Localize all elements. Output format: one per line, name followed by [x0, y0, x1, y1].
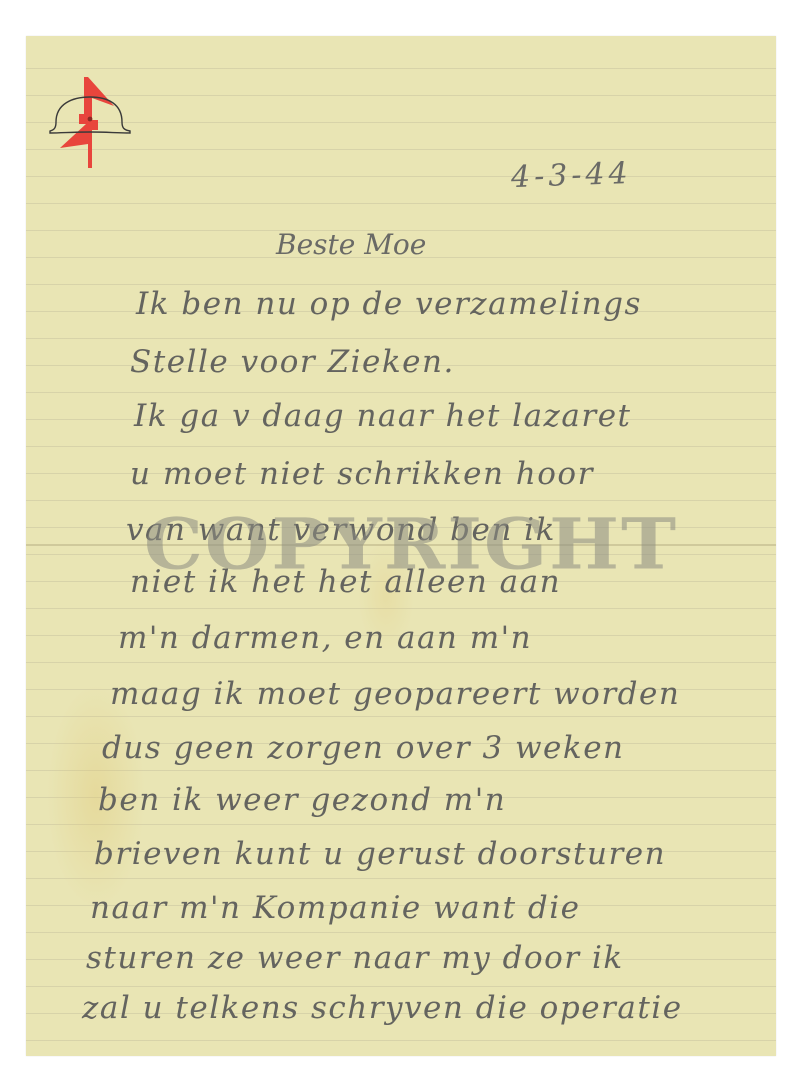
letter-line: Ik ga v daag naar het lazaret	[134, 398, 632, 434]
letter-line: Stelle voor Zieken.	[130, 344, 455, 380]
letter-line: brieven kunt u gerust doorsturen	[94, 836, 666, 872]
letter-paper: 4-3-44 Beste Moe Ik ben nu op de verzame…	[26, 36, 776, 1056]
letter-line: m'n darmen, en aan m'n	[118, 620, 532, 656]
letter-line: zal u telkens schryven die operatie	[82, 990, 683, 1026]
letter-line: ben ik weer gezond m'n	[98, 782, 506, 818]
letter-body: Ik ben nu op de verzamelings Stelle voor…	[26, 36, 776, 1056]
letter-line: Ik ben nu op de verzamelings	[136, 286, 642, 322]
letter-line: van want verwond ben ik	[126, 512, 556, 548]
letter-line: niet ik het het alleen aan	[130, 564, 561, 600]
letter-line: maag ik moet geopareert worden	[110, 676, 680, 712]
letter-line: dus geen zorgen over 3 weken	[102, 730, 625, 766]
page-canvas: 4-3-44 Beste Moe Ik ben nu op de verzame…	[0, 0, 800, 1079]
letter-line: sturen ze weer naar my door ik	[86, 940, 624, 976]
letter-line: naar m'n Kompanie want die	[90, 890, 581, 926]
letter-line: u moet niet schrikken hoor	[130, 456, 594, 492]
